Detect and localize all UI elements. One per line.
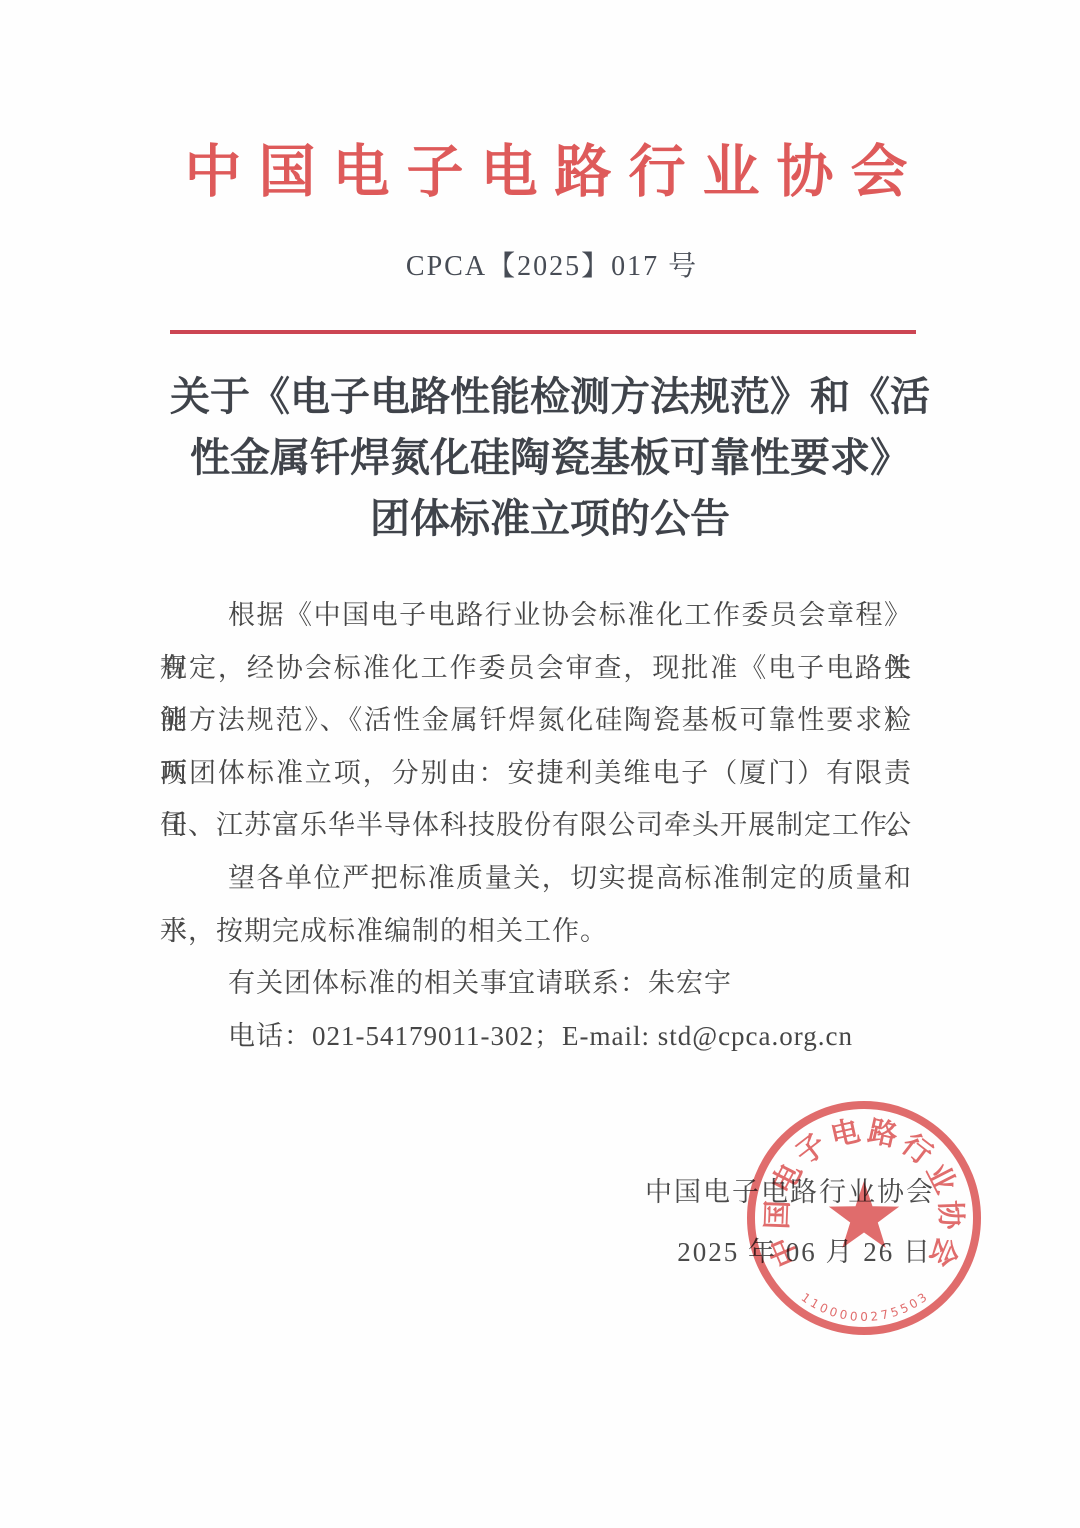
seal-ring-char: 国	[761, 1200, 795, 1230]
seal-ring-char: 会	[923, 1232, 965, 1272]
seal-serial-digit: 0	[860, 1310, 868, 1324]
document-page: 中国电子电路行业协会 CPCA【2025】017 号 关于《电子电路性能检测方法…	[0, 0, 1080, 1528]
seal-ring-char: 电	[827, 1114, 863, 1153]
body-line: 测方法规范》、《活性金属钎焊氮化硅陶瓷基板可靠性要求》两	[160, 694, 912, 747]
header-divider-rule	[170, 330, 916, 334]
seal-svg: 中国电子电路行业协会 1100000275503	[742, 1096, 986, 1340]
seal-ring-char: 电	[766, 1158, 809, 1199]
body-line: 平，按期完成标准编制的相关工作。	[160, 905, 912, 958]
seal-serial-digit: 2	[870, 1309, 879, 1324]
seal-ring-char: 子	[790, 1128, 833, 1171]
seal-serial-digit: 0	[849, 1309, 858, 1324]
seal-ring-char: 中	[763, 1232, 805, 1272]
seal-ring-char: 协	[933, 1200, 967, 1231]
seal-serial-digit: 0	[838, 1307, 848, 1322]
seal-ring-char: 业	[920, 1158, 963, 1199]
issuing-org-title: 中国电子电路行业协会	[0, 126, 1080, 208]
body-line: 有关团体标准的相关事宜请联系：朱宏宇	[160, 957, 912, 1010]
seal-ring-char: 行	[895, 1128, 938, 1172]
seal-star-icon	[829, 1181, 899, 1248]
announcement-title: 关于《电子电路性能检测方法规范》和《活 性金属钎焊氮化硅陶瓷基板可靠性要求》 团…	[70, 366, 1030, 549]
announcement-body: 根据《中国电子电路行业协会标准化工作委员会章程》有关规定，经协会标准化工作委员会…	[160, 589, 912, 1062]
body-line: 望各单位严把标准质量关，切实提高标准制定的质量和水	[160, 852, 912, 905]
seal-ring-char: 路	[865, 1114, 901, 1153]
seal-serial-digit: 0	[828, 1304, 840, 1320]
body-line: 根据《中国电子电路行业协会标准化工作委员会章程》有关	[160, 589, 912, 642]
body-line: 电话：021-54179011-302；E-mail: std@cpca.org…	[160, 1010, 912, 1063]
seal-serial-digit: 7	[879, 1307, 889, 1322]
official-seal-stamp: 中国电子电路行业协会 1100000275503	[742, 1096, 986, 1340]
title-line-3: 团体标准立项的公告	[70, 488, 1030, 549]
title-line-2: 性金属钎焊氮化硅陶瓷基板可靠性要求》	[70, 427, 1030, 488]
body-line: 规定，经协会标准化工作委员会审查，现批准《电子电路性能检	[160, 642, 912, 695]
body-line: 项团体标准立项，分别由：安捷利美维电子（厦门）有限责任公	[160, 747, 912, 800]
title-line-1: 关于《电子电路性能检测方法规范》和《活	[70, 366, 1030, 427]
document-number: CPCA【2025】017 号	[0, 244, 1080, 284]
body-line: 司、江苏富乐华半导体科技股份有限公司牵头开展制定工作。	[160, 799, 912, 852]
